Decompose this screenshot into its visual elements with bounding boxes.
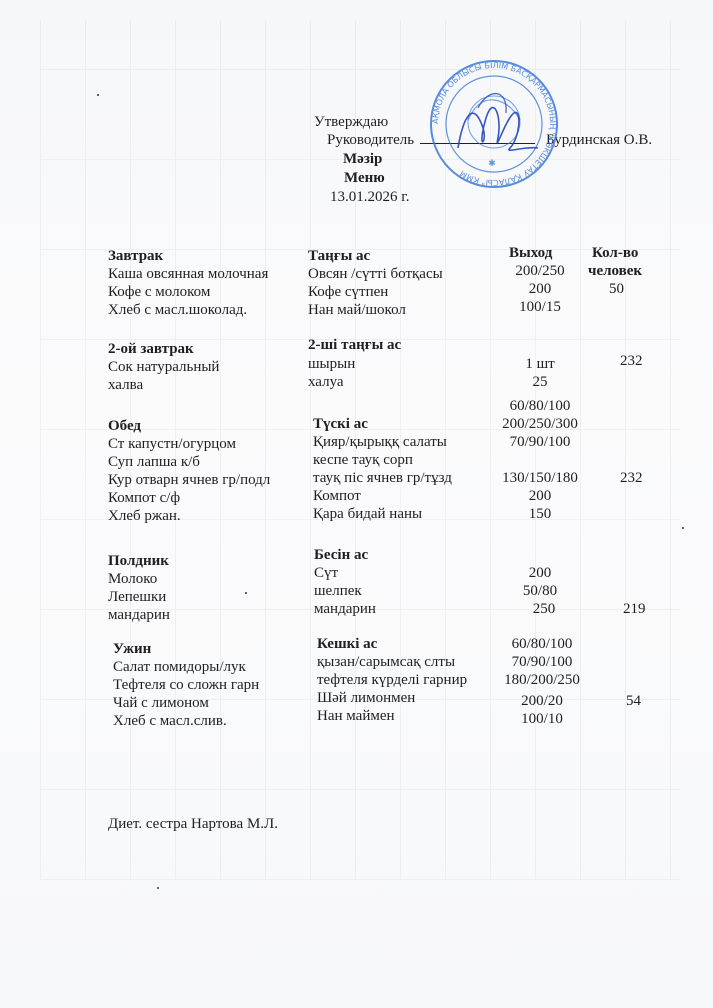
meal-count: 219 — [623, 600, 646, 618]
meal-item-ru: мандарин — [108, 606, 170, 624]
meal-output: 60/80/100 — [482, 635, 602, 653]
meal-output: 70/90/100 — [480, 433, 600, 451]
position-label: Руководитель — [327, 131, 414, 149]
meal-title-kz: Кешкі ас — [317, 635, 377, 653]
meal-title-ru: Обед — [108, 417, 141, 435]
svg-text:✱: ✱ — [488, 158, 496, 168]
scan-speck — [682, 527, 684, 529]
meal-item-kz: шырын — [308, 355, 355, 373]
meal-title-ru: 2-ой завтрак — [108, 340, 194, 358]
meal-output: 200 — [490, 564, 590, 582]
meal-title-ru: Полдник — [108, 552, 169, 570]
meal-item-ru: Хлеб с масл.шоколад. — [108, 301, 247, 319]
meal-item-ru: Салат помидоры/лук — [113, 658, 246, 676]
meal-item-ru: Кофе с молоком — [108, 283, 210, 301]
meal-item-kz: мандарин — [314, 600, 376, 618]
meal-count: 54 — [626, 692, 641, 710]
approve-label: Утверждаю — [314, 113, 388, 131]
meal-title-kz: Түскі ас — [313, 415, 368, 433]
meal-output: 100/10 — [482, 710, 602, 728]
meal-output: 200/20 — [482, 692, 602, 710]
meal-item-ru: Сок натуральный — [108, 358, 219, 376]
title-ru: Меню — [344, 169, 385, 187]
meal-output: 200 — [480, 487, 600, 505]
meal-count: 232 — [620, 469, 643, 487]
column-header-output: Выход — [509, 244, 552, 262]
meal-item-kz: тефтеля күрделі гарнир — [317, 671, 467, 689]
menu-date: 13.01.2026 г. — [330, 188, 409, 206]
meal-item-ru: Ст капустн/огурцом — [108, 435, 236, 453]
meal-item-ru: Чай с лимоном — [113, 694, 209, 712]
column-header-count-line2: человек — [588, 262, 642, 280]
meal-item-kz: кеспе тауқ сорп — [313, 451, 413, 469]
signer-name: Бурдинская О.В. — [546, 131, 652, 149]
meal-item-kz: Овсян /сүтті ботқасы — [308, 265, 443, 283]
meal-output: 130/150/180 — [480, 469, 600, 487]
meal-item-kz: Шәй лимонмен — [317, 689, 415, 707]
meal-item-ru: Хлеб с масл.слив. — [113, 712, 227, 730]
meal-item-kz: Қара бидай наны — [313, 505, 422, 523]
meal-title-ru: Ужин — [113, 640, 151, 658]
scan-speck — [157, 887, 159, 889]
document-page: Утверждаю Руководитель Бурдинская О.В. М… — [0, 0, 713, 1008]
meal-item-kz: Сүт — [314, 564, 338, 582]
meal-output: 60/80/100 — [480, 397, 600, 415]
meal-output: 1 шт — [490, 355, 590, 373]
dietitian-signature: Диет. сестра Нартова М.Л. — [108, 815, 278, 833]
title-kz: Мәзір — [343, 150, 382, 168]
scan-speck — [245, 592, 247, 594]
column-header-count-line1: Кол-во — [592, 244, 638, 262]
meal-item-kz: Қияр/қырыққ салаты — [313, 433, 447, 451]
meal-item-kz: халуа — [308, 373, 344, 391]
meal-item-ru: халва — [108, 376, 143, 394]
official-stamp-icon: АҚМОЛА ОБЛЫСЫ БІЛІМ БАСҚАРМАСЫНЫҢ "КӨКШЕ… — [428, 58, 560, 190]
meal-output: 200/250 — [490, 262, 590, 280]
meal-title-ru: Завтрак — [108, 247, 163, 265]
meal-item-ru: Суп лапша к/б — [108, 453, 200, 471]
meal-item-kz: қызан/сарымсақ слты — [317, 653, 455, 671]
meal-output: 200 — [490, 280, 590, 298]
scan-speck — [97, 94, 99, 96]
meal-output: 70/90/100 — [482, 653, 602, 671]
meal-item-kz: Нан маймен — [317, 707, 395, 725]
meal-item-ru: Хлеб ржан. — [108, 507, 181, 525]
meal-item-ru: Лепешки — [108, 588, 166, 606]
meal-item-kz: Компот — [313, 487, 361, 505]
meal-item-kz: Кофе сүтпен — [308, 283, 388, 301]
meal-item-ru: Тефтеля со сложн гарн — [113, 676, 259, 694]
meal-title-kz: Бесін ас — [314, 546, 368, 564]
meal-output: 180/200/250 — [482, 671, 602, 689]
meal-output: 200/250/300 — [480, 415, 600, 433]
meal-count: 232 — [620, 352, 643, 370]
meal-count: 50 — [609, 280, 624, 298]
meal-output: 50/80 — [490, 582, 590, 600]
meal-item-kz: шелпек — [314, 582, 362, 600]
meal-item-ru: Молоко — [108, 570, 157, 588]
meal-title-kz: Таңғы ас — [308, 247, 370, 265]
meal-output: 150 — [480, 505, 600, 523]
meal-output: 250 — [494, 600, 594, 618]
meal-item-kz: тауқ піс ячнев гр/тұзд — [313, 469, 452, 487]
meal-item-ru: Каша овсянная молочная — [108, 265, 268, 283]
meal-title-kz: 2-ші таңғы ас — [308, 336, 401, 354]
meal-output: 25 — [490, 373, 590, 391]
meal-item-ru: Компот с/ф — [108, 489, 180, 507]
meal-item-ru: Кур отварн ячнев гр/подл — [108, 471, 270, 489]
meal-output: 100/15 — [490, 298, 590, 316]
meal-item-kz: Нан май/шокол — [308, 301, 406, 319]
